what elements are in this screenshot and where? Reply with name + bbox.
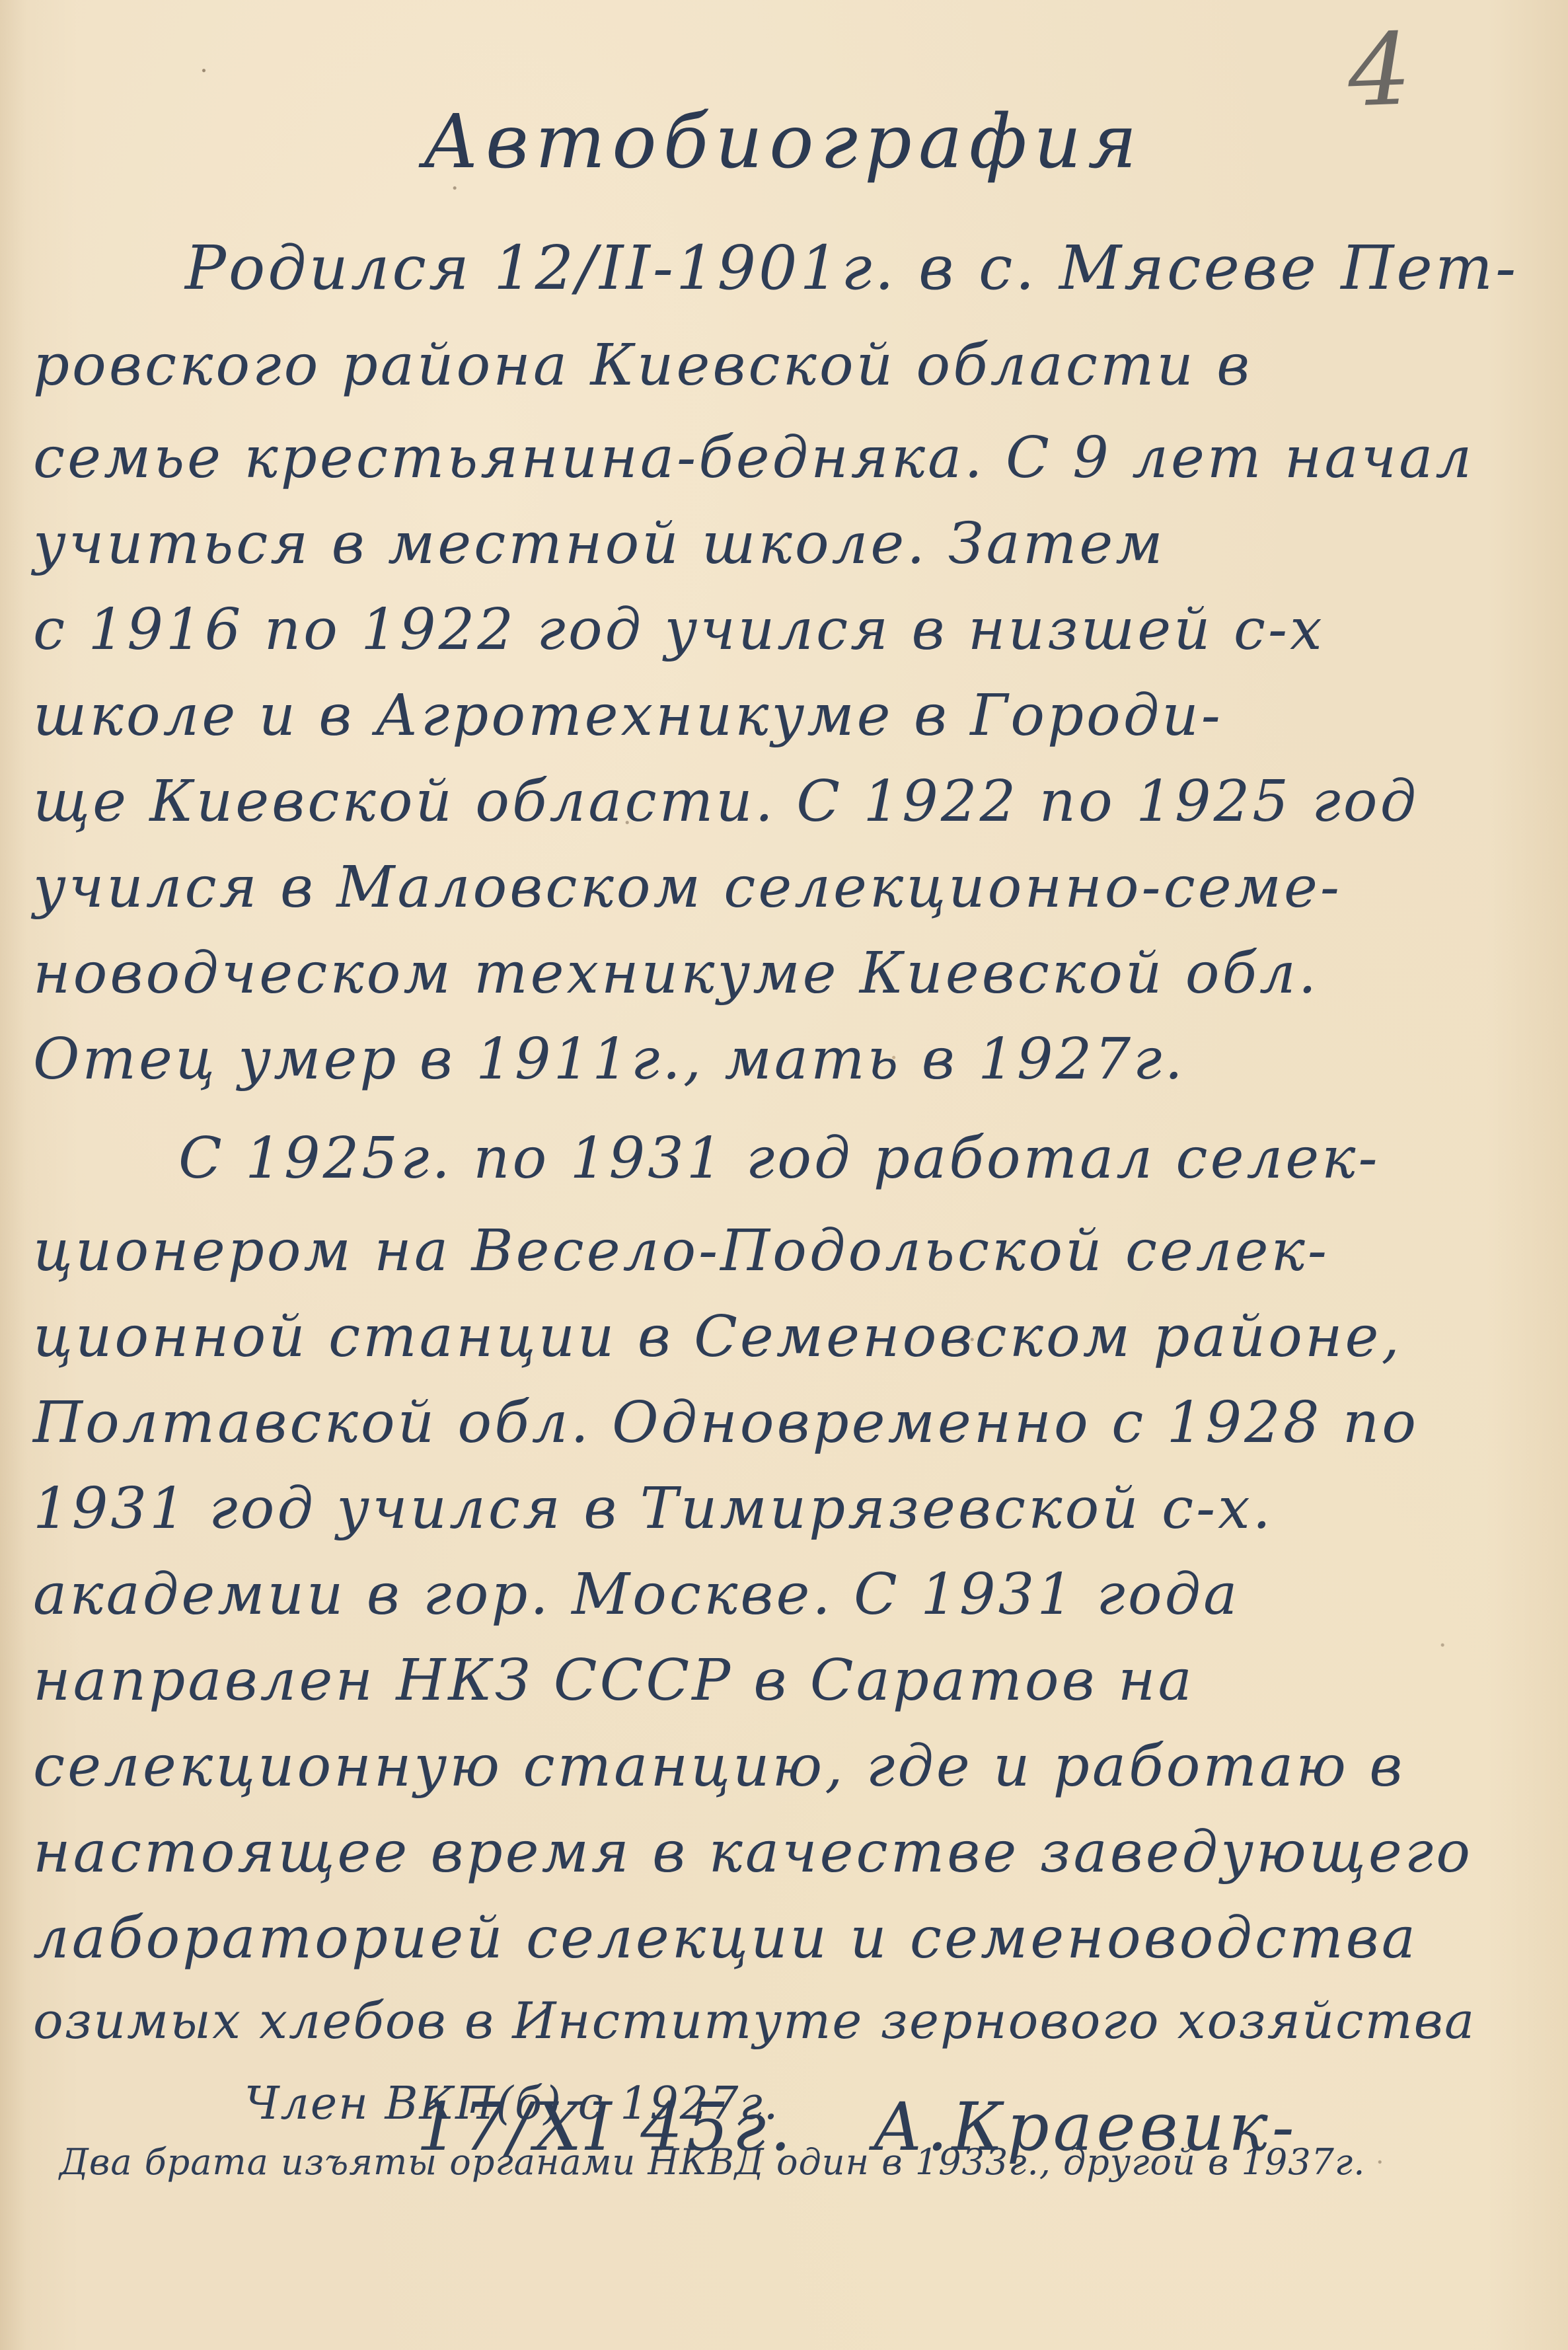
text-line: ционером на Весело-Подольской селек- bbox=[33, 1223, 1329, 1279]
text-line: школе и в Агротехникуме в Городи- bbox=[33, 687, 1223, 744]
page-number: 4 bbox=[1346, 12, 1413, 129]
document-page: 4 Автобиография Родился 12/II-1901г. в с… bbox=[0, 0, 1568, 2350]
text-line: ще Киевской области. С 1922 по 1925 год bbox=[33, 773, 1419, 830]
signature-date: 17/XI 45г. bbox=[416, 2088, 795, 2166]
text-line: ровского района Киевской области в bbox=[33, 337, 1252, 394]
text-line: Родился 12/II-1901г. в с. Мясеве Пет- bbox=[185, 238, 1518, 299]
signature: А.Краевик- bbox=[873, 2088, 1298, 2166]
document-title: Автобиография bbox=[423, 99, 1144, 185]
text-line: озимых хлебов в Институте зернового хозя… bbox=[33, 1996, 1475, 2046]
text-line: направлен НКЗ СССР в Саратов на bbox=[33, 1652, 1195, 1709]
text-line: лабораторией селекции и семеноводства bbox=[33, 1910, 1418, 1967]
text-line: академии в гор. Москве. С 1931 года bbox=[33, 1566, 1240, 1623]
text-line: новодческом техникуме Киевской обл. bbox=[33, 945, 1319, 1002]
text-line: С 1925г. по 1931 год работал селек- bbox=[178, 1130, 1380, 1187]
text-line: 1931 год учился в Тимирязевской с-х. bbox=[33, 1480, 1273, 1537]
text-line: ционной станции в Семеновском районе, bbox=[33, 1308, 1402, 1365]
signature-block: 17/XI 45г. А.Краевик- bbox=[416, 2088, 1298, 2166]
text-line: настоящее время в качестве заведующего bbox=[33, 1824, 1473, 1881]
text-line: учился в Маловском селекционно-семе- bbox=[33, 859, 1342, 916]
text-line: Отец умер в 1911г., мать в 1927г. bbox=[33, 1031, 1185, 1088]
text-line: с 1916 по 1922 год учился в низшей с-х bbox=[33, 601, 1325, 658]
text-line: Полтавской обл. Одновременно с 1928 по bbox=[33, 1394, 1419, 1451]
text-line: селекционную станцию, где и работаю в bbox=[33, 1738, 1405, 1795]
text-line: семье крестьянина-бедняка. С 9 лет начал bbox=[33, 430, 1474, 486]
text-line: учиться в местной школе. Затем bbox=[33, 515, 1166, 572]
